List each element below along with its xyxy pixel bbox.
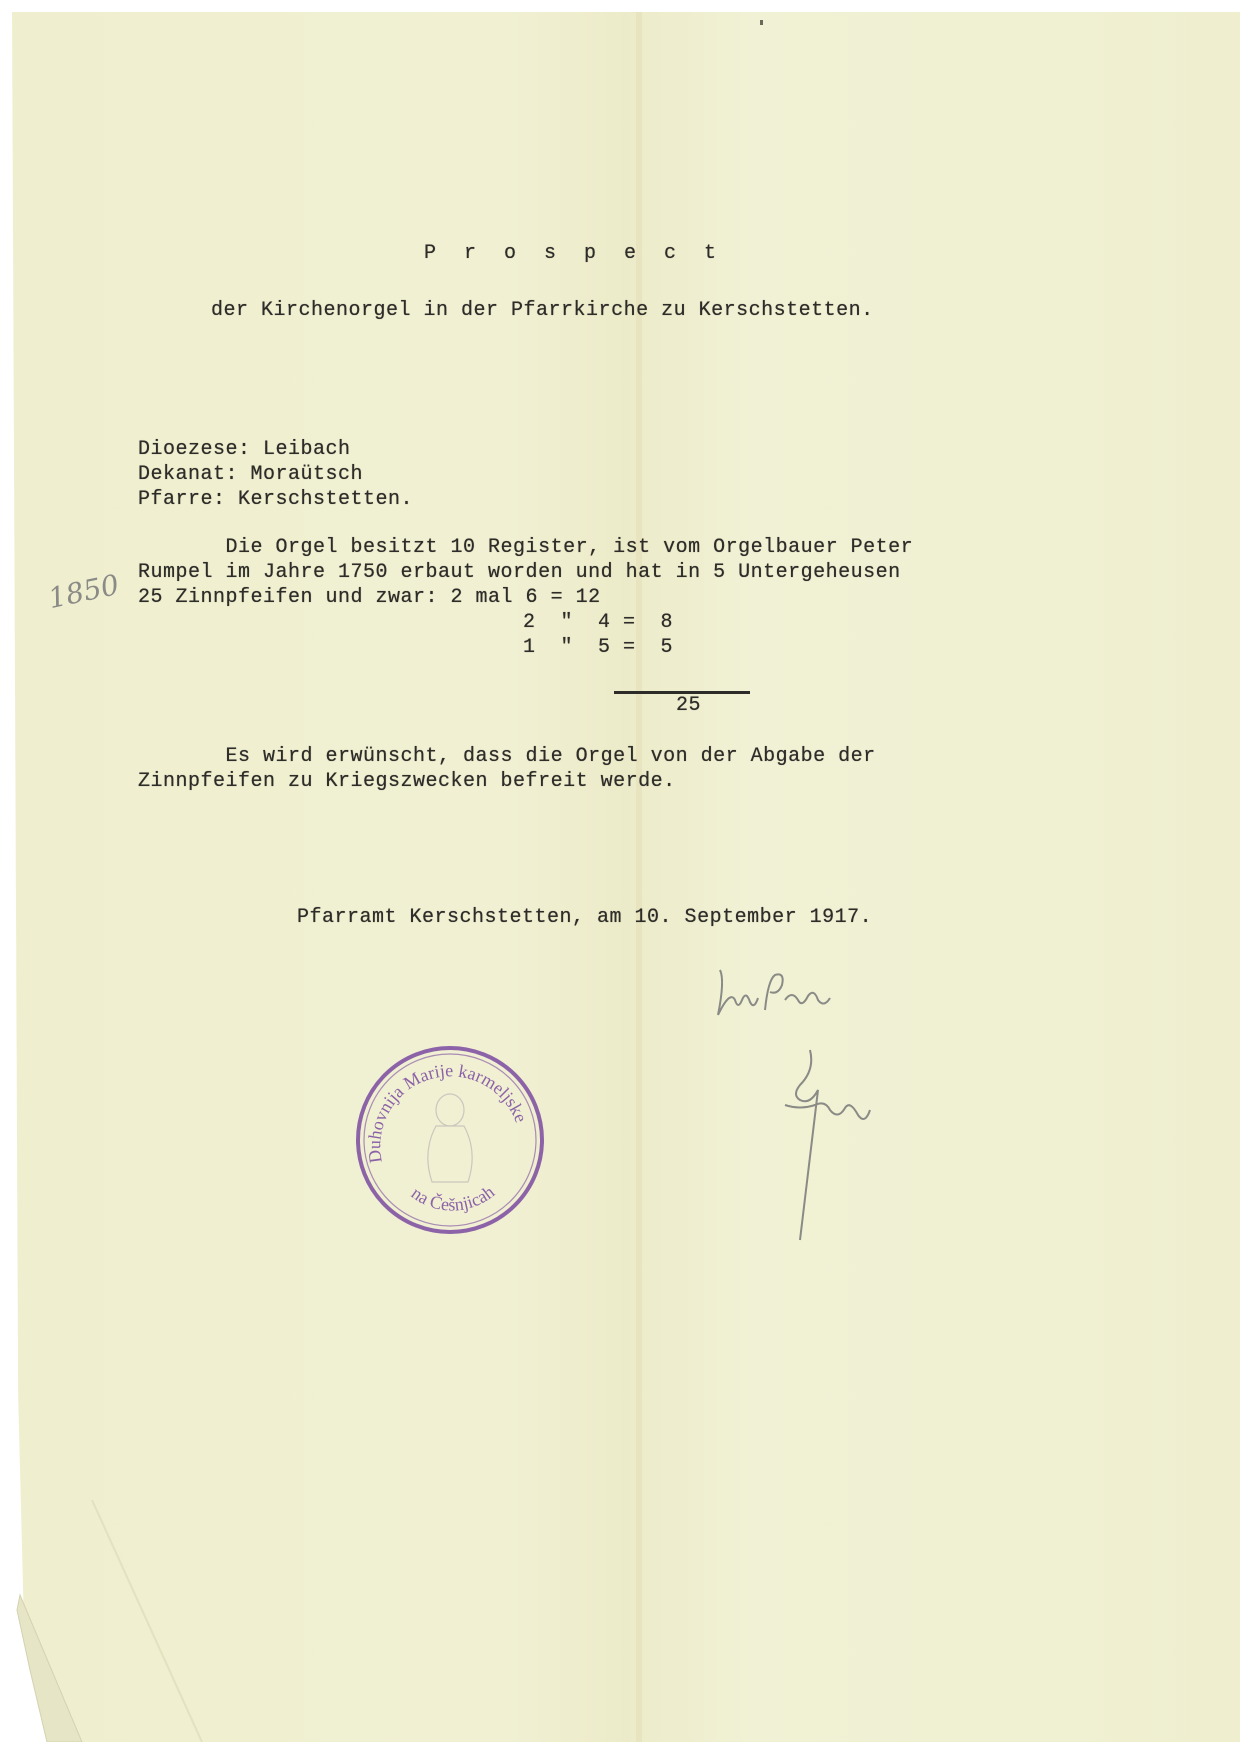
pencil-signature (700, 960, 930, 1250)
document-page (12, 12, 1240, 1742)
paragraph1-line3: 25 Zinnpfeifen und zwar: 2 mal 6 = 12 (138, 586, 601, 609)
svg-text:Duhovnija Marije karmeljske: Duhovnija Marije karmeljske (364, 1060, 531, 1164)
info-label: Dekanat: (138, 463, 238, 486)
calculation-row-3: 1 " 5 = 5 (523, 636, 673, 659)
paper-crease (636, 12, 642, 1742)
svg-text:na Češnjicah: na Češnjicah (408, 1182, 498, 1215)
calculation-row-2: 2 " 4 = 8 (523, 611, 673, 634)
stamp-top-text: Duhovnija Marije karmeljske (364, 1060, 531, 1164)
calculation-total: 25 (676, 694, 701, 717)
closing-line: Pfarramt Kerschstetten, am 10. September… (297, 906, 872, 929)
document-subtitle: der Kirchenorgel in der Pfarrkirche zu K… (211, 299, 874, 322)
parish-stamp: Duhovnija Marije karmeljske na Češnjicah (352, 1042, 548, 1238)
info-value: Kerschstetten. (238, 488, 413, 511)
madonna-figure-icon (428, 1094, 472, 1182)
info-value: Leibach (263, 438, 351, 461)
paper-speck (760, 20, 763, 25)
info-pfarre: Pfarre: Kerschstetten. (138, 488, 413, 511)
document-title: P r o s p e c t (424, 242, 724, 265)
paragraph2-line1: Es wird erwünscht, dass die Orgel von de… (138, 745, 876, 768)
paragraph2-line2: Zinnpfeifen zu Kriegszwecken befreit wer… (138, 770, 676, 793)
info-label: Pfarre: (138, 488, 226, 511)
info-dekanat: Dekanat: Moraütsch (138, 463, 363, 486)
info-label: Dioezese: (138, 438, 251, 461)
paragraph1-line1: Die Orgel besitzt 10 Register, ist vom O… (138, 536, 913, 559)
info-value: Moraütsch (251, 463, 364, 486)
info-dioezese: Dioezese: Leibach (138, 438, 351, 461)
stamp-bottom-text: na Češnjicah (408, 1182, 498, 1215)
paragraph1-line2: Rumpel im Jahre 1750 erbaut worden und h… (138, 561, 901, 584)
